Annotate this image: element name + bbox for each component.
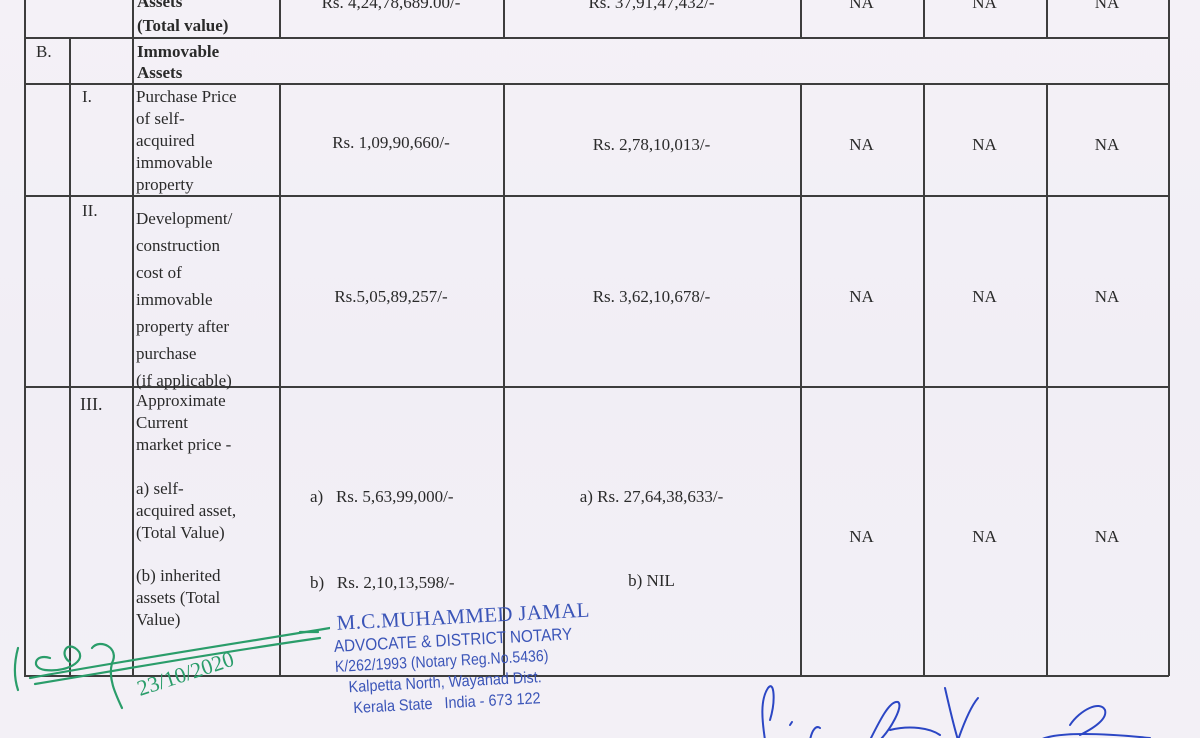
section-title-line: Immovable	[137, 41, 219, 62]
row-value-col1: Rs. 1,09,90,660/-	[279, 132, 503, 153]
prev-section-label-total: (Total value)	[137, 15, 228, 36]
row-value-col1-a: a) Rs. 5,63,99,000/-	[310, 486, 454, 507]
row-label: Development/ construction cost of immova…	[136, 205, 232, 394]
row-number: II.	[82, 200, 98, 221]
table-rule	[24, 83, 1169, 85]
prev-section-value-1: Rs. 4,24,78,689.00/-	[279, 0, 503, 13]
label-line: construction	[136, 232, 232, 259]
row-label: Purchase Price of self- acquired immovab…	[136, 86, 237, 196]
row-value-col2-b: b) NIL	[503, 570, 800, 591]
row-value-col4: NA	[923, 286, 1046, 307]
prev-section-value-5: NA	[1046, 0, 1168, 13]
label-line: acquired asset,	[136, 500, 236, 522]
label-line: assets (Total	[136, 587, 221, 609]
green-signature-icon: 23/10/2020	[0, 618, 330, 738]
label-line: immovable	[136, 286, 232, 313]
row-label: Approximate Current market price -	[136, 390, 231, 456]
row-value-col3: NA	[800, 134, 923, 155]
label-line: (Total Value)	[136, 522, 236, 544]
row-value-col4: NA	[923, 526, 1046, 547]
label-line: purchase	[136, 340, 232, 367]
label-line: acquired	[136, 130, 237, 152]
table-rule	[1168, 0, 1170, 676]
table-rule	[800, 83, 802, 675]
label-line: of self-	[136, 108, 237, 130]
table-rule	[132, 0, 134, 675]
row-value-col3: NA	[800, 526, 923, 547]
svg-text:23/10/2020: 23/10/2020	[134, 646, 237, 701]
row-value-col5: NA	[1046, 286, 1168, 307]
table-rule	[923, 83, 925, 675]
table-rule	[279, 83, 281, 675]
label-line: property after	[136, 313, 232, 340]
label-line: a) self-	[136, 478, 236, 500]
section-letter: B.	[36, 41, 52, 62]
prev-section-label: Assets	[137, 0, 182, 12]
label-line: cost of	[136, 259, 232, 286]
notary-stamp: M.C.MUHAMMED JAMAL ADVOCATE & DISTRICT N…	[332, 596, 603, 720]
section-title: Immovable Assets	[137, 41, 219, 83]
row-number: III.	[80, 394, 102, 415]
prev-section-value-2: Rs. 37,91,47,432/-	[503, 0, 800, 13]
label-line: Approximate	[136, 390, 231, 412]
row-value-col3: NA	[800, 286, 923, 307]
label-line: (b) inherited	[136, 565, 221, 587]
row-value-col1: Rs.5,05,89,257/-	[279, 286, 503, 307]
table-rule	[1046, 83, 1048, 675]
row-value-col2: Rs. 2,78,10,013/-	[503, 134, 800, 155]
label-line: property	[136, 174, 237, 196]
scanned-document-page: Assets (Total value) Rs. 4,24,78,689.00/…	[0, 0, 1200, 738]
label-line: Assets	[137, 0, 182, 12]
table-rule	[24, 0, 26, 675]
row-value-col1-b: b) Rs. 2,10,13,598/-	[310, 572, 455, 593]
label-line: immovable	[136, 152, 237, 174]
label-line: Purchase Price	[136, 86, 237, 108]
row-label-part-a: a) self- acquired asset, (Total Value)	[136, 478, 236, 544]
prev-section-value-4: NA	[923, 0, 1046, 13]
section-title-line: Assets	[137, 62, 219, 83]
row-number: I.	[82, 86, 92, 107]
row-value-col2-a: a) Rs. 27,64,38,633/-	[503, 486, 800, 507]
table-rule	[69, 37, 71, 675]
row-value-col5: NA	[1046, 526, 1168, 547]
row-value-col2: Rs. 3,62,10,678/-	[503, 286, 800, 307]
label-line: Current	[136, 412, 231, 434]
row-value-col5: NA	[1046, 134, 1168, 155]
prev-section-value-3: NA	[800, 0, 923, 13]
row-value-col4: NA	[923, 134, 1046, 155]
label-line: Development/	[136, 205, 232, 232]
label-line: market price -	[136, 434, 231, 456]
blue-signature-icon	[740, 680, 1160, 738]
table-rule	[24, 37, 1169, 39]
